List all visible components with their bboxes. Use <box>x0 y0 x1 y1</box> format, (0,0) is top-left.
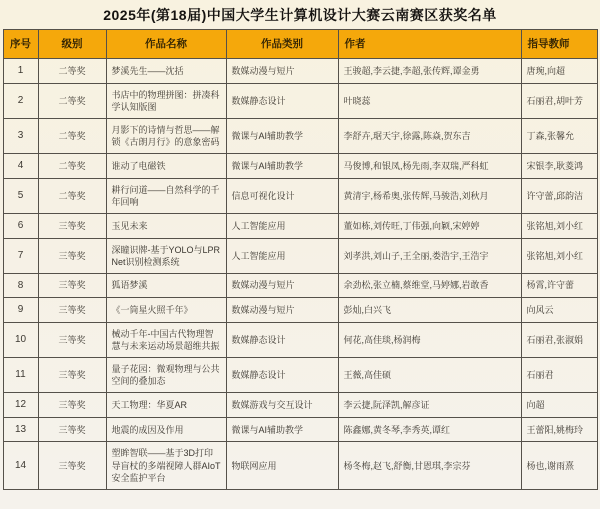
col-header-serial: 序号 <box>3 30 38 59</box>
cell-title: 量子花园：微观物理与公共空间的叠加态 <box>106 358 226 393</box>
cell-authors: 叶晓蕊 <box>338 83 521 118</box>
cell-authors: 杨冬梅,赵飞,舒衡,甘恩琪,李宗芬 <box>338 442 521 489</box>
page-title: 2025年(第18届)中国大学生计算机设计大赛云南赛区获奖名单 <box>0 0 600 29</box>
cell-authors: 彭灿,白兴飞 <box>338 298 521 323</box>
cell-serial: 2 <box>3 83 38 118</box>
cell-title: 玉见未来 <box>106 214 226 239</box>
cell-category: 物联网应用 <box>226 442 338 489</box>
cell-level: 三等奖 <box>38 214 106 239</box>
cell-authors: 黄清宇,杨希奥,张传辉,马骏浩,刘秋月 <box>338 178 521 213</box>
cell-advisors: 石丽君,张淑娟 <box>521 322 597 357</box>
cell-category: 微课与AI辅助教学 <box>226 417 338 442</box>
cell-level: 二等奖 <box>38 118 106 153</box>
cell-advisors: 王蕾阳,姚梅玲 <box>521 417 597 442</box>
cell-title: 梦溪先生——沈括 <box>106 59 226 84</box>
cell-serial: 4 <box>3 154 38 179</box>
cell-title: 塑眸智联——基于3D打印导盲杖的多端视障人群AIoT安全监护平台 <box>106 442 226 489</box>
cell-category: 微课与AI辅助教学 <box>226 118 338 153</box>
cell-serial: 5 <box>3 178 38 213</box>
cell-serial: 13 <box>3 417 38 442</box>
cell-title: 深瞳识牌-基于YOLO与LPRNet识别检测系统 <box>106 238 226 273</box>
cell-category: 数媒动漫与短片 <box>226 298 338 323</box>
cell-title: 天工物理：华夏AR <box>106 393 226 418</box>
cell-category: 数媒静态设计 <box>226 322 338 357</box>
cell-advisors: 杨也,谢雨熹 <box>521 442 597 489</box>
cell-authors: 刘孝洪,刘山子,王全丽,娄浩宇,王浩宇 <box>338 238 521 273</box>
cell-category: 人工智能应用 <box>226 238 338 273</box>
cell-title: 地震的成因及作用 <box>106 417 226 442</box>
cell-serial: 8 <box>3 273 38 298</box>
cell-advisors: 石丽君 <box>521 358 597 393</box>
cell-serial: 6 <box>3 214 38 239</box>
cell-level: 二等奖 <box>38 178 106 213</box>
cell-serial: 10 <box>3 322 38 357</box>
cell-level: 三等奖 <box>38 273 106 298</box>
cell-category: 数媒静态设计 <box>226 358 338 393</box>
table-row: 3 二等奖 月影下的诗情与哲思——解锁《古朗月行》的意象密码 微课与AI辅助教学… <box>3 118 597 153</box>
table-row: 12 三等奖 天工物理：华夏AR 数媒游戏与交互设计 李云捷,阮泽凯,解彦证 向… <box>3 393 597 418</box>
cell-serial: 11 <box>3 358 38 393</box>
table-row: 6 三等奖 玉见未来 人工智能应用 董如栋,刘传旺,丁伟强,向颖,宋婷婷 张铭旭… <box>3 214 597 239</box>
table-row: 8 三等奖 狐语梦溪 数媒动漫与短片 余劲松,张立楠,蔡维堂,马婷娜,岩敢香 杨… <box>3 273 597 298</box>
cell-authors: 马俊博,和银凤,杨先雨,李双瑞,严科虹 <box>338 154 521 179</box>
table-row: 9 三等奖 《一筒星火照千年》 数媒动漫与短片 彭灿,白兴飞 向风云 <box>3 298 597 323</box>
cell-title: 月影下的诗情与哲思——解锁《古朗月行》的意象密码 <box>106 118 226 153</box>
table-row: 14 三等奖 塑眸智联——基于3D打印导盲杖的多端视障人群AIoT安全监护平台 … <box>3 442 597 489</box>
cell-level: 二等奖 <box>38 83 106 118</box>
cell-level: 三等奖 <box>38 417 106 442</box>
cell-title: 书店中的物理拼图：拼凑科学认知版图 <box>106 83 226 118</box>
cell-advisors: 宋银李,耿菱鸿 <box>521 154 597 179</box>
col-header-advisors: 指导教师 <box>521 30 597 59</box>
cell-authors: 何花,高佳琰,杨润梅 <box>338 322 521 357</box>
cell-advisors: 向风云 <box>521 298 597 323</box>
cell-advisors: 唐琬,向超 <box>521 59 597 84</box>
cell-category: 数媒静态设计 <box>226 83 338 118</box>
cell-authors: 李云捷,阮泽凯,解彦证 <box>338 393 521 418</box>
cell-authors: 董如栋,刘传旺,丁伟强,向颖,宋婷婷 <box>338 214 521 239</box>
cell-serial: 7 <box>3 238 38 273</box>
cell-advisors: 杨霄,许守蕾 <box>521 273 597 298</box>
cell-category: 人工智能应用 <box>226 214 338 239</box>
cell-serial: 1 <box>3 59 38 84</box>
cell-title: 谁动了电磁铁 <box>106 154 226 179</box>
cell-category: 信息可视化设计 <box>226 178 338 213</box>
cell-advisors: 张铭旭,刘小红 <box>521 238 597 273</box>
col-header-authors: 作者 <box>338 30 521 59</box>
cell-title: 《一筒星火照千年》 <box>106 298 226 323</box>
cell-category: 数媒动漫与短片 <box>226 273 338 298</box>
cell-level: 二等奖 <box>38 59 106 84</box>
cell-title: 狐语梦溪 <box>106 273 226 298</box>
cell-authors: 王骏超,李云捷,李超,张传辉,谭金勇 <box>338 59 521 84</box>
col-header-level: 级别 <box>38 30 106 59</box>
cell-serial: 12 <box>3 393 38 418</box>
award-table: 序号 级别 作品名称 作品类别 作者 指导教师 1 二等奖 梦溪先生——沈括 数… <box>3 29 598 490</box>
cell-advisors: 许守蕾,邱韵洁 <box>521 178 597 213</box>
table-row: 5 二等奖 耕行问道——自然科学的千年回响 信息可视化设计 黄清宇,杨希奥,张传… <box>3 178 597 213</box>
cell-authors: 王薇,高佳硕 <box>338 358 521 393</box>
table-row: 2 二等奖 书店中的物理拼图：拼凑科学认知版图 数媒静态设计 叶晓蕊 石丽君,胡… <box>3 83 597 118</box>
col-header-title: 作品名称 <box>106 30 226 59</box>
cell-level: 三等奖 <box>38 358 106 393</box>
cell-serial: 3 <box>3 118 38 153</box>
cell-advisors: 石丽君,胡叶芳 <box>521 83 597 118</box>
cell-level: 三等奖 <box>38 238 106 273</box>
cell-level: 三等奖 <box>38 298 106 323</box>
cell-level: 三等奖 <box>38 393 106 418</box>
table-row: 10 三等奖 械动千年-中国古代物理智慧与未来运动场景超维共振 数媒静态设计 何… <box>3 322 597 357</box>
table-row: 4 二等奖 谁动了电磁铁 微课与AI辅助教学 马俊博,和银凤,杨先雨,李双瑞,严… <box>3 154 597 179</box>
cell-title: 耕行问道——自然科学的千年回响 <box>106 178 226 213</box>
table-row: 7 三等奖 深瞳识牌-基于YOLO与LPRNet识别检测系统 人工智能应用 刘孝… <box>3 238 597 273</box>
cell-authors: 李舒卉,琚天宇,徐露,陈焱,贺东吉 <box>338 118 521 153</box>
cell-title: 械动千年-中国古代物理智慧与未来运动场景超维共振 <box>106 322 226 357</box>
col-header-category: 作品类别 <box>226 30 338 59</box>
cell-category: 微课与AI辅助教学 <box>226 154 338 179</box>
cell-serial: 14 <box>3 442 38 489</box>
cell-level: 三等奖 <box>38 322 106 357</box>
table-row: 1 二等奖 梦溪先生——沈括 数媒动漫与短片 王骏超,李云捷,李超,张传辉,谭金… <box>3 59 597 84</box>
cell-category: 数媒游戏与交互设计 <box>226 393 338 418</box>
cell-authors: 余劲松,张立楠,蔡维堂,马婷娜,岩敢香 <box>338 273 521 298</box>
cell-advisors: 向超 <box>521 393 597 418</box>
table-row: 13 三等奖 地震的成因及作用 微课与AI辅助教学 陈鑫娜,黄冬琴,李秀英,谭红… <box>3 417 597 442</box>
cell-authors: 陈鑫娜,黄冬琴,李秀英,谭红 <box>338 417 521 442</box>
table-row: 11 三等奖 量子花园：微观物理与公共空间的叠加态 数媒静态设计 王薇,高佳硕 … <box>3 358 597 393</box>
cell-advisors: 张铭旭,刘小红 <box>521 214 597 239</box>
cell-advisors: 丁森,张馨允 <box>521 118 597 153</box>
cell-serial: 9 <box>3 298 38 323</box>
cell-level: 二等奖 <box>38 154 106 179</box>
cell-category: 数媒动漫与短片 <box>226 59 338 84</box>
cell-level: 三等奖 <box>38 442 106 489</box>
table-header-row: 序号 级别 作品名称 作品类别 作者 指导教师 <box>3 30 597 59</box>
